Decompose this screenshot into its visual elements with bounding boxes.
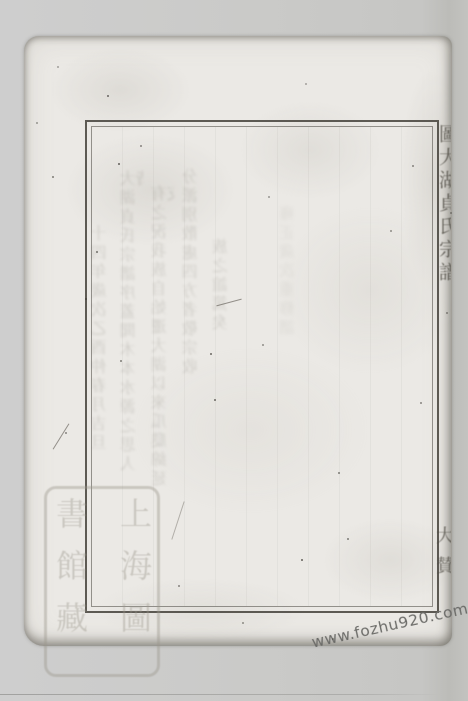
page-frame-inner-border [91, 126, 433, 607]
scan-background-edge-line [0, 694, 440, 695]
page-frame-outer-border [85, 120, 439, 613]
spine-title-text: 圖大湖貞氏宗譜 [437, 124, 451, 285]
dust-specks [0, 0, 2, 2]
scanned-book-page: 十四年歲次乙酉仲春月吉旦 大湖貞氏宗譜序蓋聞木本水源之思人皆 有之況我族自始遷大… [0, 0, 468, 701]
margin-marks-text: 大賛 [434, 526, 451, 586]
spine-title-strip: 圖大湖貞氏宗譜 [437, 124, 451, 302]
bottom-right-margin-marks: 大賛 [434, 526, 451, 606]
